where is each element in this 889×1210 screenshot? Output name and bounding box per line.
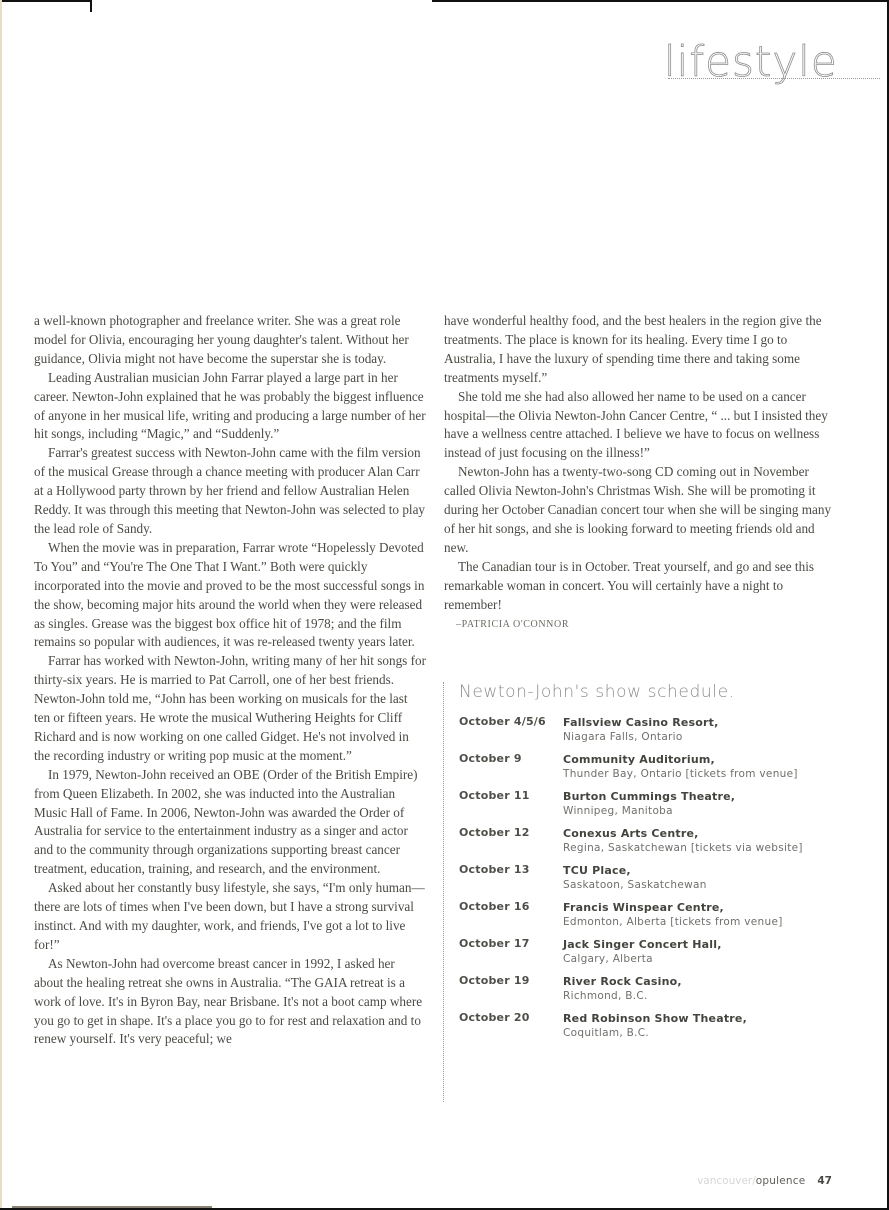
venue-location: Richmond, B.C. (563, 989, 682, 1004)
venue-location: Saskatoon, Saskatchewan (563, 878, 707, 893)
schedule-date: October 16 (459, 900, 563, 937)
schedule-date: October 9 (459, 752, 563, 789)
article-column-left: a well-known photographer and freelance … (34, 312, 426, 1049)
venue-name: Red Robinson Show Theatre, (563, 1011, 747, 1026)
schedule-row: October 11 Burton Cummings Theatre, Winn… (459, 789, 839, 826)
schedule-date: October 20 (459, 1011, 563, 1048)
schedule-venue: Francis Winspear Centre, Edmonton, Alber… (563, 900, 783, 937)
footer-city: vancouver/ (697, 1175, 756, 1187)
page-number: 47 (817, 1175, 832, 1187)
schedule-row: October 13 TCU Place, Saskatoon, Saskatc… (459, 863, 839, 900)
magazine-page: lifestyle a well-known photographer and … (0, 0, 889, 1210)
schedule-venue: Jack Singer Concert Hall, Calgary, Alber… (563, 937, 722, 974)
paragraph: Asked about her constantly busy lifestyl… (34, 879, 426, 955)
venue-name: River Rock Casino, (563, 974, 682, 989)
schedule-date: October 19 (459, 974, 563, 1011)
scan-border-tick (90, 0, 92, 12)
venue-name: Fallsview Casino Resort, (563, 715, 719, 730)
paragraph: Newton-John has a twenty-two-song CD com… (444, 463, 836, 558)
schedule-date: October 12 (459, 826, 563, 863)
paragraph: Farrar has worked with Newton-John, writ… (34, 652, 426, 765)
venue-name: TCU Place, (563, 863, 707, 878)
venue-name: Jack Singer Concert Hall, (563, 937, 722, 952)
schedule-row: October 17 Jack Singer Concert Hall, Cal… (459, 937, 839, 974)
paragraph: When the movie was in preparation, Farra… (34, 539, 426, 652)
schedule-date: October 13 (459, 863, 563, 900)
scan-border-top-left (0, 0, 91, 2)
schedule-venue: Community Auditorium, Thunder Bay, Ontar… (563, 752, 798, 789)
schedule-date: October 4/5/6 (459, 715, 563, 752)
venue-location: Edmonton, Alberta [tickets from venue] (563, 915, 783, 930)
schedule-venue: Fallsview Casino Resort, Niagara Falls, … (563, 715, 719, 752)
schedule-list: October 4/5/6 Fallsview Casino Resort, N… (459, 715, 839, 1048)
schedule-venue: Burton Cummings Theatre, Winnipeg, Manit… (563, 789, 735, 826)
schedule-row: October 12 Conexus Arts Centre, Regina, … (459, 826, 839, 863)
page-footer: vancouver/opulence47 (697, 1175, 832, 1187)
schedule-date: October 11 (459, 789, 563, 826)
author-byline: –PATRICIA O'CONNOR (456, 616, 836, 635)
schedule-venue: River Rock Casino, Richmond, B.C. (563, 974, 682, 1011)
venue-location: Coquitlam, B.C. (563, 1026, 747, 1041)
footer-publication: opulence (756, 1175, 806, 1187)
paragraph: She told me she had also allowed her nam… (444, 388, 836, 464)
paragraph: Leading Australian musician John Farrar … (34, 369, 426, 445)
schedule-venue: Red Robinson Show Theatre, Coquitlam, B.… (563, 1011, 747, 1048)
schedule-row: October 16 Francis Winspear Centre, Edmo… (459, 900, 839, 937)
schedule-venue: Conexus Arts Centre, Regina, Saskatchewa… (563, 826, 803, 863)
scan-border-left (0, 0, 2, 1210)
schedule-date: October 17 (459, 937, 563, 974)
venue-location: Thunder Bay, Ontario [tickets from venue… (563, 767, 798, 782)
schedule-row: October 20 Red Robinson Show Theatre, Co… (459, 1011, 839, 1048)
schedule-row: October 9 Community Auditorium, Thunder … (459, 752, 839, 789)
venue-name: Conexus Arts Centre, (563, 826, 803, 841)
scan-border-top-right (432, 0, 889, 2)
show-schedule-box: Newton-John's show schedule. October 4/5… (443, 682, 844, 1102)
venue-name: Community Auditorium, (563, 752, 798, 767)
schedule-title: Newton-John's show schedule. (459, 682, 735, 702)
paragraph: have wonderful healthy food, and the bes… (444, 312, 836, 388)
section-title-dotted-rule (668, 78, 880, 79)
venue-name: Francis Winspear Centre, (563, 900, 783, 915)
article-column-right: have wonderful healthy food, and the bes… (444, 312, 836, 634)
paragraph: Farrar's greatest success with Newton-Jo… (34, 444, 426, 539)
venue-location: Winnipeg, Manitoba (563, 804, 735, 819)
scan-border-bottom-shadow (12, 1206, 212, 1208)
venue-location: Regina, Saskatchewan [tickets via websit… (563, 841, 803, 856)
paragraph: a well-known photographer and freelance … (34, 312, 426, 369)
schedule-row: October 4/5/6 Fallsview Casino Resort, N… (459, 715, 839, 752)
venue-location: Calgary, Alberta (563, 952, 722, 967)
paragraph: In 1979, Newton-John received an OBE (Or… (34, 766, 426, 879)
venue-name: Burton Cummings Theatre, (563, 789, 735, 804)
paragraph: The Canadian tour is in October. Treat y… (444, 558, 836, 615)
paragraph: As Newton-John had overcome breast cance… (34, 955, 426, 1050)
schedule-row: October 19 River Rock Casino, Richmond, … (459, 974, 839, 1011)
schedule-venue: TCU Place, Saskatoon, Saskatchewan (563, 863, 707, 900)
venue-location: Niagara Falls, Ontario (563, 730, 719, 745)
